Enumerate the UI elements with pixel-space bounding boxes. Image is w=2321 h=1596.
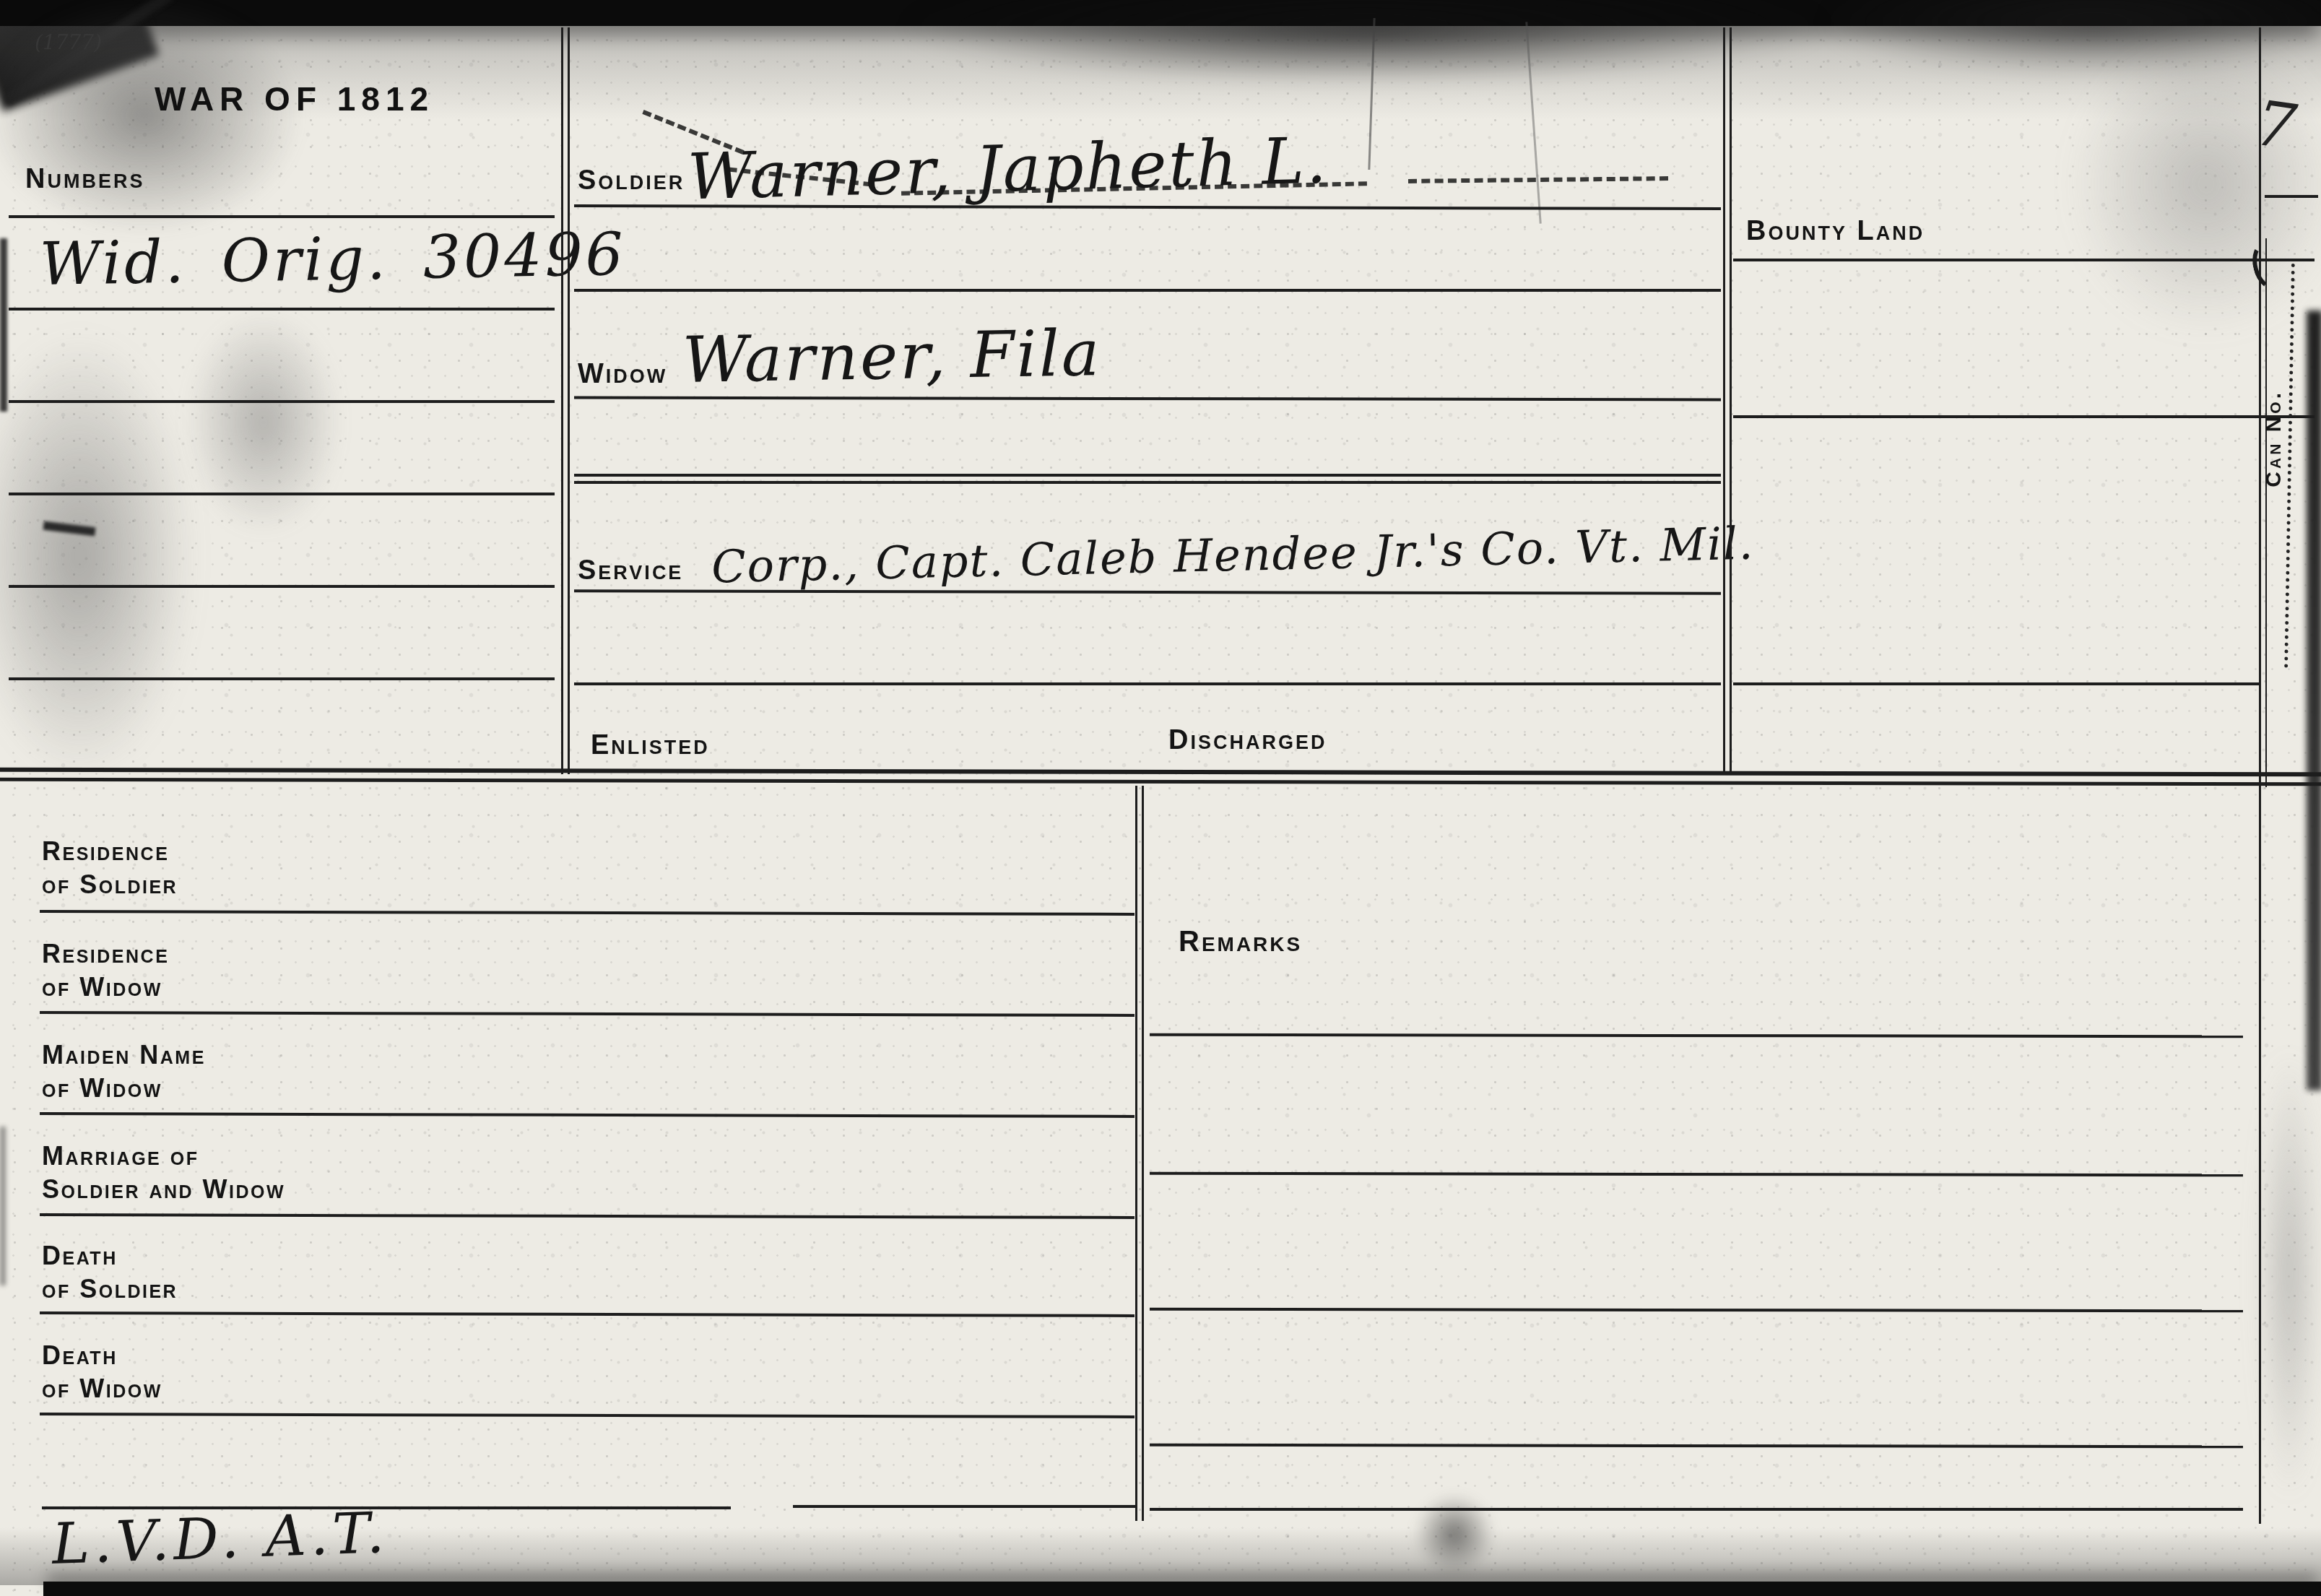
- remarks-label: Remarks: [1179, 926, 1302, 958]
- section-separator: [0, 778, 2321, 786]
- column-divider: [561, 27, 563, 774]
- field-label-line: Residence: [42, 835, 178, 868]
- scan-blotch: [1820, 0, 2321, 76]
- rule-line: [1150, 1444, 2243, 1449]
- field-label-line: of Widow: [42, 971, 169, 1004]
- clerk-initials: L.V.D. A.T.: [51, 1501, 390, 1577]
- rule-line: [574, 289, 1721, 292]
- handwritten-dash-line: [1408, 176, 1668, 183]
- column-divider: [1730, 27, 1732, 774]
- scan-blotch: [2065, 29, 2321, 339]
- page-title: WAR OF 1812: [155, 79, 434, 118]
- death-of-widow-label: Death of Widow: [42, 1339, 162, 1405]
- rule-line: [574, 396, 1721, 402]
- scan-crease: [1525, 22, 1542, 224]
- rule-line: [40, 1213, 1135, 1219]
- scan-top-band: [0, 0, 2321, 26]
- scan-crease: [1368, 18, 1375, 170]
- form-number: (1777): [35, 30, 102, 54]
- rule-line: [1150, 1033, 2243, 1038]
- numbers-value: Wid. Orig. 30496: [39, 220, 626, 299]
- column-divider: [568, 27, 570, 774]
- soldier-value: Warner, Japheth L.: [687, 123, 1329, 214]
- residence-of-widow-label: Residence of Widow: [42, 937, 169, 1004]
- rule-line: [1150, 1308, 2243, 1313]
- scan-blotch: [0, 0, 159, 112]
- rule-line: [9, 308, 555, 311]
- scan-blotch: [0, 318, 202, 794]
- bounty-land-label: Bounty Land: [1746, 217, 1925, 247]
- rule-line: [40, 1112, 1135, 1118]
- rule-line: [574, 474, 1721, 477]
- scan-blotch: [2257, 1040, 2321, 1509]
- field-label-line: Death: [42, 1339, 162, 1372]
- rule-line: [1733, 682, 2260, 685]
- field-label-line: Marriage of: [42, 1140, 285, 1173]
- marriage-of-soldier-and-widow-label: Marriage of Soldier and Widow: [42, 1140, 285, 1206]
- section-separator: [0, 768, 2321, 777]
- scan-edge-mark: [0, 1127, 6, 1285]
- rule-line: [1150, 1508, 2243, 1511]
- service-label: Service: [578, 556, 683, 586]
- discharged-label: Discharged: [1168, 726, 1327, 756]
- ink-smear: [43, 521, 96, 537]
- field-label-line: of Soldier: [42, 868, 178, 901]
- scan-right-tear: [2307, 311, 2321, 1090]
- enlisted-label: Enlisted: [591, 731, 710, 761]
- scan-blotch: [895, 0, 1834, 83]
- can-no-label: Can No.: [2262, 390, 2286, 487]
- widow-value: Warner, Fila: [682, 316, 1102, 397]
- rule-line: [574, 481, 1721, 484]
- remarks-divider: [1142, 786, 1144, 1521]
- rule-line: [9, 585, 555, 588]
- service-value: Corp., Capt. Caleb Hendee Jr.'s Co. Vt. …: [711, 517, 1755, 594]
- field-label-line: of Soldier: [42, 1272, 178, 1306]
- rule-line: [40, 1311, 1135, 1317]
- soldier-label: Soldier: [578, 166, 685, 196]
- handwritten-curve-mark: [2247, 236, 2294, 294]
- widow-label: Widow: [578, 360, 667, 390]
- remarks-divider: [1135, 786, 1137, 1521]
- scan-edge-mark: [0, 238, 7, 412]
- field-label-line: Soldier and Widow: [42, 1173, 285, 1206]
- maiden-name-of-widow-label: Maiden Name of Widow: [42, 1038, 206, 1105]
- rule-line: [2265, 195, 2318, 198]
- field-label-line: Death: [42, 1239, 178, 1272]
- scan-bottom-band: [43, 1582, 2321, 1596]
- field-label-line: of Widow: [42, 1372, 162, 1405]
- rule-line: [793, 1505, 1135, 1508]
- rule-line: [1150, 1172, 2243, 1177]
- field-label-line: Maiden Name: [42, 1038, 206, 1072]
- scan-blotch: [181, 303, 347, 542]
- scan-blotch: [1414, 1493, 1495, 1574]
- rule-line: [9, 493, 555, 495]
- rule-line: [40, 1413, 1135, 1418]
- death-of-soldier-label: Death of Soldier: [42, 1239, 178, 1306]
- rule-line: [574, 682, 1721, 685]
- rule-line: [9, 400, 555, 403]
- column-divider: [1723, 27, 1725, 774]
- numbers-label: Numbers: [25, 165, 144, 195]
- card-right-border: [2265, 238, 2267, 787]
- field-label-line: of Widow: [42, 1072, 206, 1105]
- pension-index-card: (1777) WAR OF 1812 Numbers Wid. Orig. 30…: [0, 0, 2321, 1596]
- rule-line: [40, 1011, 1135, 1017]
- rule-line: [40, 910, 1135, 916]
- field-label-line: Residence: [42, 937, 169, 971]
- rule-line: [9, 215, 555, 218]
- rule-line: [1733, 415, 2315, 418]
- residence-of-soldier-label: Residence of Soldier: [42, 835, 178, 901]
- rule-line: [9, 677, 555, 680]
- rule-line: [1733, 259, 2315, 261]
- rule-line: [574, 589, 1721, 594]
